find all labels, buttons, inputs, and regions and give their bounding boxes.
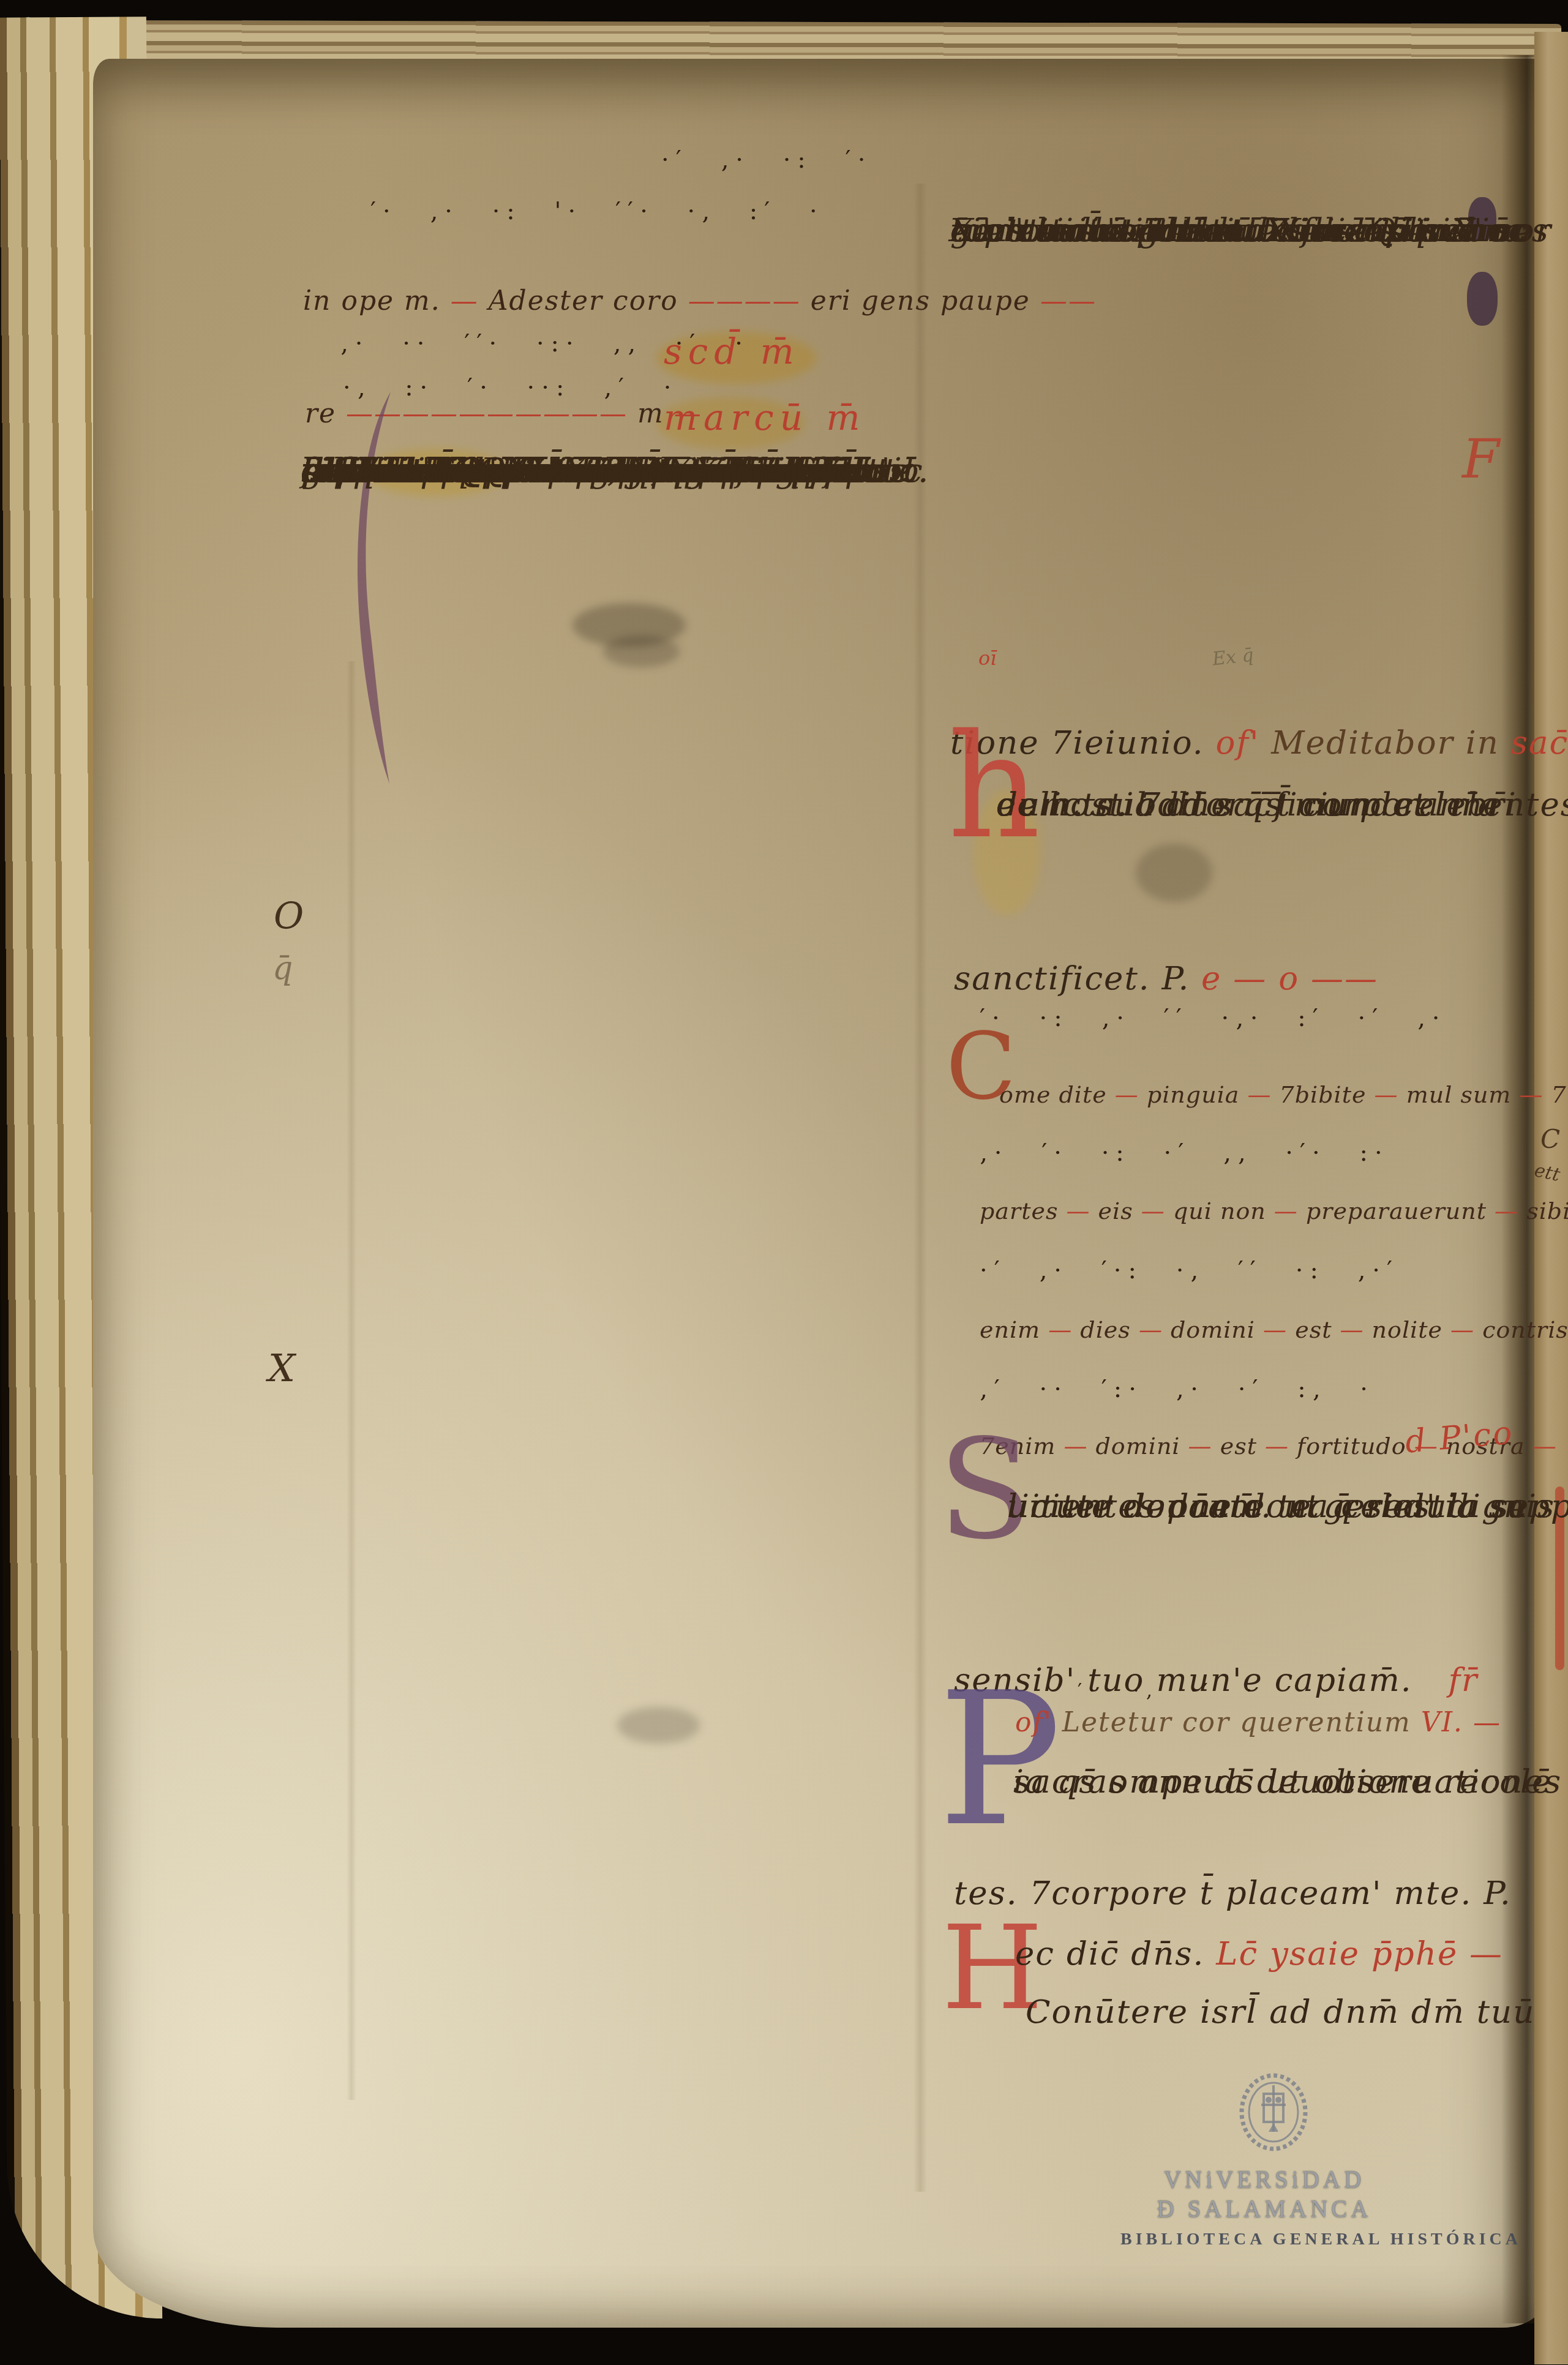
red-connector-line: — xyxy=(1274,1197,1298,1224)
text-segment: ec dic̄ dn̄s. xyxy=(1015,1935,1216,1973)
chant-incipit: Meditabor in xyxy=(1271,724,1510,762)
neume-row: ·′ ‚· ·: ′· xyxy=(661,146,872,174)
red-connector-line: — xyxy=(1139,1316,1163,1343)
chant-text-line: in ope m. — Adester coro ———— eri gens p… xyxy=(303,285,1097,317)
page-crease xyxy=(347,661,356,2100)
red-connector-line: — xyxy=(1450,1316,1474,1343)
neume-row: ‚· ′· ·: ·′ ‚‚ ·′· :· xyxy=(980,1139,1389,1167)
red-connector-line: — xyxy=(1188,1433,1212,1460)
library-stamp: VNiVERSiDAD Ð SALAMANCA BIBLIOTECA GENER… xyxy=(1120,2069,1408,2259)
red-connector-line: — xyxy=(1066,1197,1090,1224)
red-connector-line: — xyxy=(1263,1316,1287,1343)
rubric-marcum: marcū m̄ xyxy=(664,397,866,438)
secreta-end-line: sanctificet. P. e — o —— xyxy=(954,950,1378,1007)
red-connector-line: ———— xyxy=(688,285,801,317)
red-connector-line: — xyxy=(1141,1197,1165,1224)
text-segment: sanctificet. P. xyxy=(954,960,1190,997)
red-connector-line: — xyxy=(1533,1433,1557,1460)
red-connector-line: — xyxy=(1115,1081,1139,1108)
red-flourish: e — o —— xyxy=(1201,960,1378,997)
university-seal-icon xyxy=(1239,2073,1308,2151)
red-connector-line: — xyxy=(1519,1081,1543,1108)
text-line: gen' nullo potest exire n̄si in ora xyxy=(950,202,1524,259)
rubric-number: VI. — xyxy=(1421,1707,1501,1738)
interlinear-gloss-red: oī xyxy=(978,647,997,670)
offertorium-abbrev: of' xyxy=(1215,724,1271,762)
chant-text-line: partes — eis — qui non — preparauerunt —… xyxy=(980,1197,1568,1224)
text-line: Conūtere isrl̄ ad dnm̄ dm̄ tuū xyxy=(1026,1984,1535,2041)
offertorium-abbrev: of' xyxy=(1015,1707,1062,1738)
red-connector-line: —— xyxy=(1040,285,1097,317)
rubric-secundum: scd̄ m̄ xyxy=(664,331,800,372)
margin-et-ligature: X xyxy=(268,1346,295,1390)
red-connector-line: — xyxy=(1048,1316,1072,1343)
rubric-fr: fr̄ xyxy=(1448,1662,1478,1699)
pencil-annotation: Ex q̄ xyxy=(1211,645,1255,670)
rubric-lectio-ysaie: Lc̄ ysaie p̄phē — xyxy=(1216,1935,1503,1973)
rubric-sac: sac̄. xyxy=(1511,724,1568,762)
margin-letter-o: O xyxy=(274,895,304,938)
ink-smudge xyxy=(1136,844,1212,902)
ink-smudge xyxy=(603,635,680,667)
margin-ink-blot xyxy=(1467,272,1498,326)
red-connector-line: — xyxy=(1265,1433,1289,1460)
neume-row: ′· ‚· ·: '· ′′· ·‚ :′ · xyxy=(370,197,824,225)
lectio-rubric-line: ec dic̄ dn̄s. Lc̄ ysaie p̄phē — xyxy=(1015,1925,1503,1982)
ink-smudge xyxy=(617,1707,700,1744)
chant-text-line: ome dite — pinguia — 7bibite — mul sum —… xyxy=(999,1081,1568,1108)
stamp-library-name: BIBLIOTECA GENERAL HISTÓRICA xyxy=(1120,2230,1408,2249)
text-line: uitute donante te gerim' dignis xyxy=(1007,1477,1555,1535)
neume-row: ·′ ‚· ′·: ·‚ ′′ ·: ‚·′ xyxy=(980,1256,1399,1284)
text-line: dum. subditorū t̄ corpora mentesq; xyxy=(997,776,1568,834)
neume-row: ′· ·: ‚· ′′ ·‚· :′ ·′ ‚· xyxy=(980,1004,1447,1032)
margin-letter-q: q̄ xyxy=(272,950,293,987)
chant-incipit-faded: Letetur cor querentium xyxy=(1062,1707,1421,1738)
stamp-university-name2: Ð SALAMANCA xyxy=(1120,2195,1408,2223)
chant-text-line: enim — dies — domini — est — nolite — co… xyxy=(980,1316,1568,1343)
neume-row: ′· ·‚ ·′ · xyxy=(1078,1679,1259,1702)
margin-letter-f-red: F xyxy=(1462,427,1499,490)
rubric-mixed-line: tione 7ieiunio. of' Meditabor in sac̄. xyxy=(950,714,1568,771)
next-page-letter: C xyxy=(1540,1124,1560,1154)
manuscript-photo: ·′ ‚· ·: ′· ′· ‚· ·: '· ′′· ·‚ :′ · in o… xyxy=(0,0,1568,2365)
red-connector-line: — xyxy=(451,285,479,317)
red-connector-line: — xyxy=(1340,1316,1364,1343)
neume-row: ‚′ ·· ′:· ‚· ·′ :‚ · xyxy=(980,1375,1375,1403)
red-connector-line: — xyxy=(1063,1433,1087,1460)
text-line: ab eo. 7ampli' n̄ introeas in eū. xyxy=(301,442,869,498)
red-connector-line: — xyxy=(1375,1081,1398,1108)
stamp-university-name: VNiVERSiDAD xyxy=(1120,2166,1408,2194)
oratio-rubric-line: of' Letetur cor querentium VI. — xyxy=(1015,1707,1501,1738)
red-connector-line: — xyxy=(1495,1197,1518,1224)
text-line: sacras annua deuotione recolē xyxy=(1013,1753,1552,1811)
red-connector-line: — xyxy=(1248,1081,1272,1108)
